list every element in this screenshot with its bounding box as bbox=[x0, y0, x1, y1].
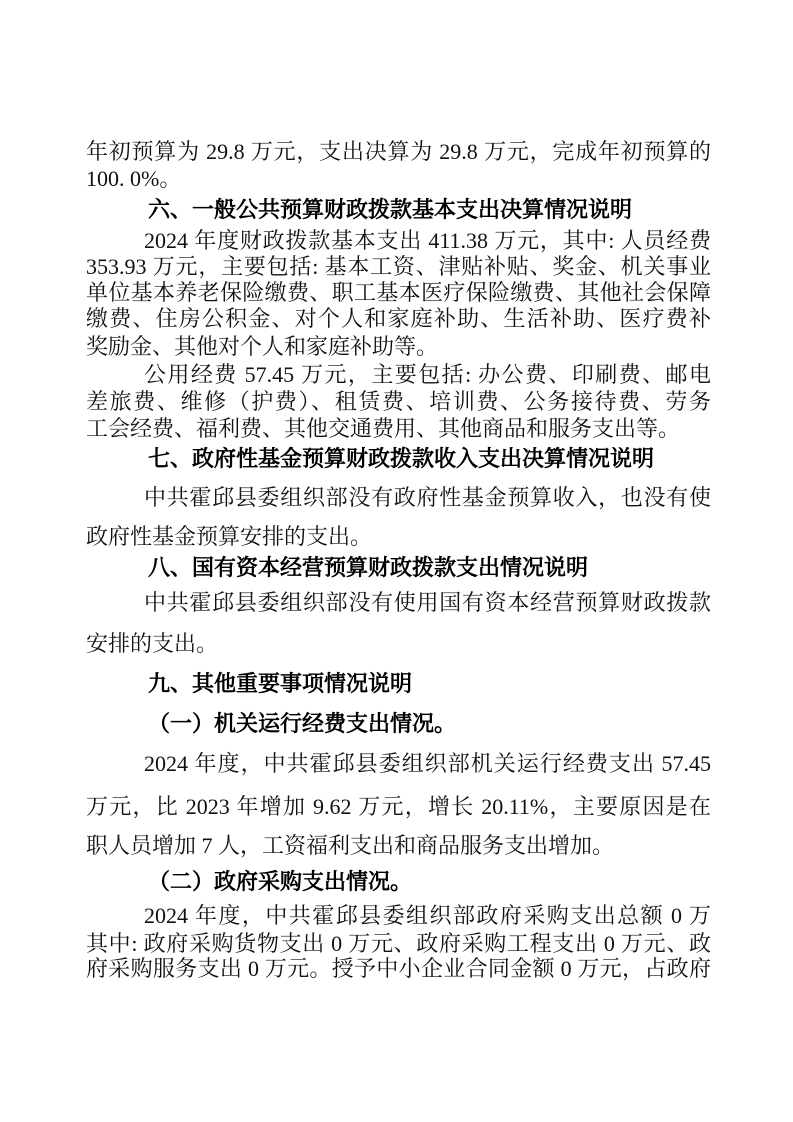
doc-line: 中共霍邱县委组织部没有使用国有资本经营预算财政拨款 bbox=[86, 581, 711, 625]
heading-section-9: 九、其他重要事项情况说明 bbox=[86, 663, 711, 705]
heading-section-6: 六、一般公共预算财政拨款基本支出决算情况说明 bbox=[86, 192, 711, 227]
subheading-9-1: （一）机关运行经费支出情况。 bbox=[86, 705, 711, 743]
doc-line: 2024 年度，中共霍邱县委组织部政府采购支出总额 0 万元， bbox=[86, 901, 711, 931]
doc-line: 单位基本养老保险缴费、职工基本医疗保险缴费、其他社会保障 bbox=[86, 280, 711, 306]
doc-line: 公用经费 57.45 万元，主要包括: 办公费、印刷费、邮电费、 bbox=[86, 362, 711, 388]
doc-line: 工会经费、福利费、其他交通费用、其他商品和服务支出等。 bbox=[86, 415, 711, 442]
heading-section-7: 七、政府性基金预算财政拨款收入支出决算情况说明 bbox=[86, 442, 711, 476]
doc-line: 安排的支出。 bbox=[86, 625, 711, 663]
doc-line: 差旅费、维修（护费）、租赁费、培训费、公务接待费、劳务费、 bbox=[86, 388, 711, 415]
doc-line: 353.93 万元，主要包括: 基本工资、津贴补贴、奖金、机关事业 bbox=[86, 254, 711, 280]
document-body: 年初预算为 29.8 万元，支出决算为 29.8 万元，完成年初预算的 100.… bbox=[86, 138, 711, 982]
doc-line: 年初预算为 29.8 万元，支出决算为 29.8 万元，完成年初预算的 bbox=[86, 138, 711, 165]
doc-line: 其中: 政府采购货物支出 0 万元、政府采购工程支出 0 万元、政 bbox=[86, 931, 711, 956]
doc-line: 府采购服务支出 0 万元。授予中小企业合同金额 0 万元，占政府 bbox=[86, 956, 711, 982]
doc-line: 万元，比 2023 年增加 9.62 万元，增长 20.11%，主要原因是在 bbox=[86, 785, 711, 828]
doc-line: 中共霍邱县委组织部没有政府性基金预算收入，也没有使用 bbox=[86, 476, 711, 520]
doc-line: 100. 0%。 bbox=[86, 165, 711, 192]
doc-line: 奖励金、其他对个人和家庭补助等。 bbox=[86, 332, 711, 362]
doc-line: 2024 年度财政拨款基本支出 411.38 万元，其中: 人员经费 bbox=[86, 227, 711, 254]
doc-line: 职人员增加 7 人，工资福利支出和商品服务支出增加。 bbox=[86, 828, 711, 863]
heading-section-8: 八、国有资本经营预算财政拨款支出情况说明 bbox=[86, 554, 711, 581]
doc-line: 2024 年度，中共霍邱县委组织部机关运行经费支出 57.45 bbox=[86, 743, 711, 785]
subheading-9-2: （二）政府采购支出情况。 bbox=[86, 863, 711, 901]
doc-line: 政府性基金预算安排的支出。 bbox=[86, 520, 711, 554]
doc-line: 缴费、住房公积金、对个人和家庭补助、生活补助、医疗费补助、 bbox=[86, 306, 711, 332]
document-page: 年初预算为 29.8 万元，支出决算为 29.8 万元，完成年初预算的 100.… bbox=[0, 0, 793, 1122]
